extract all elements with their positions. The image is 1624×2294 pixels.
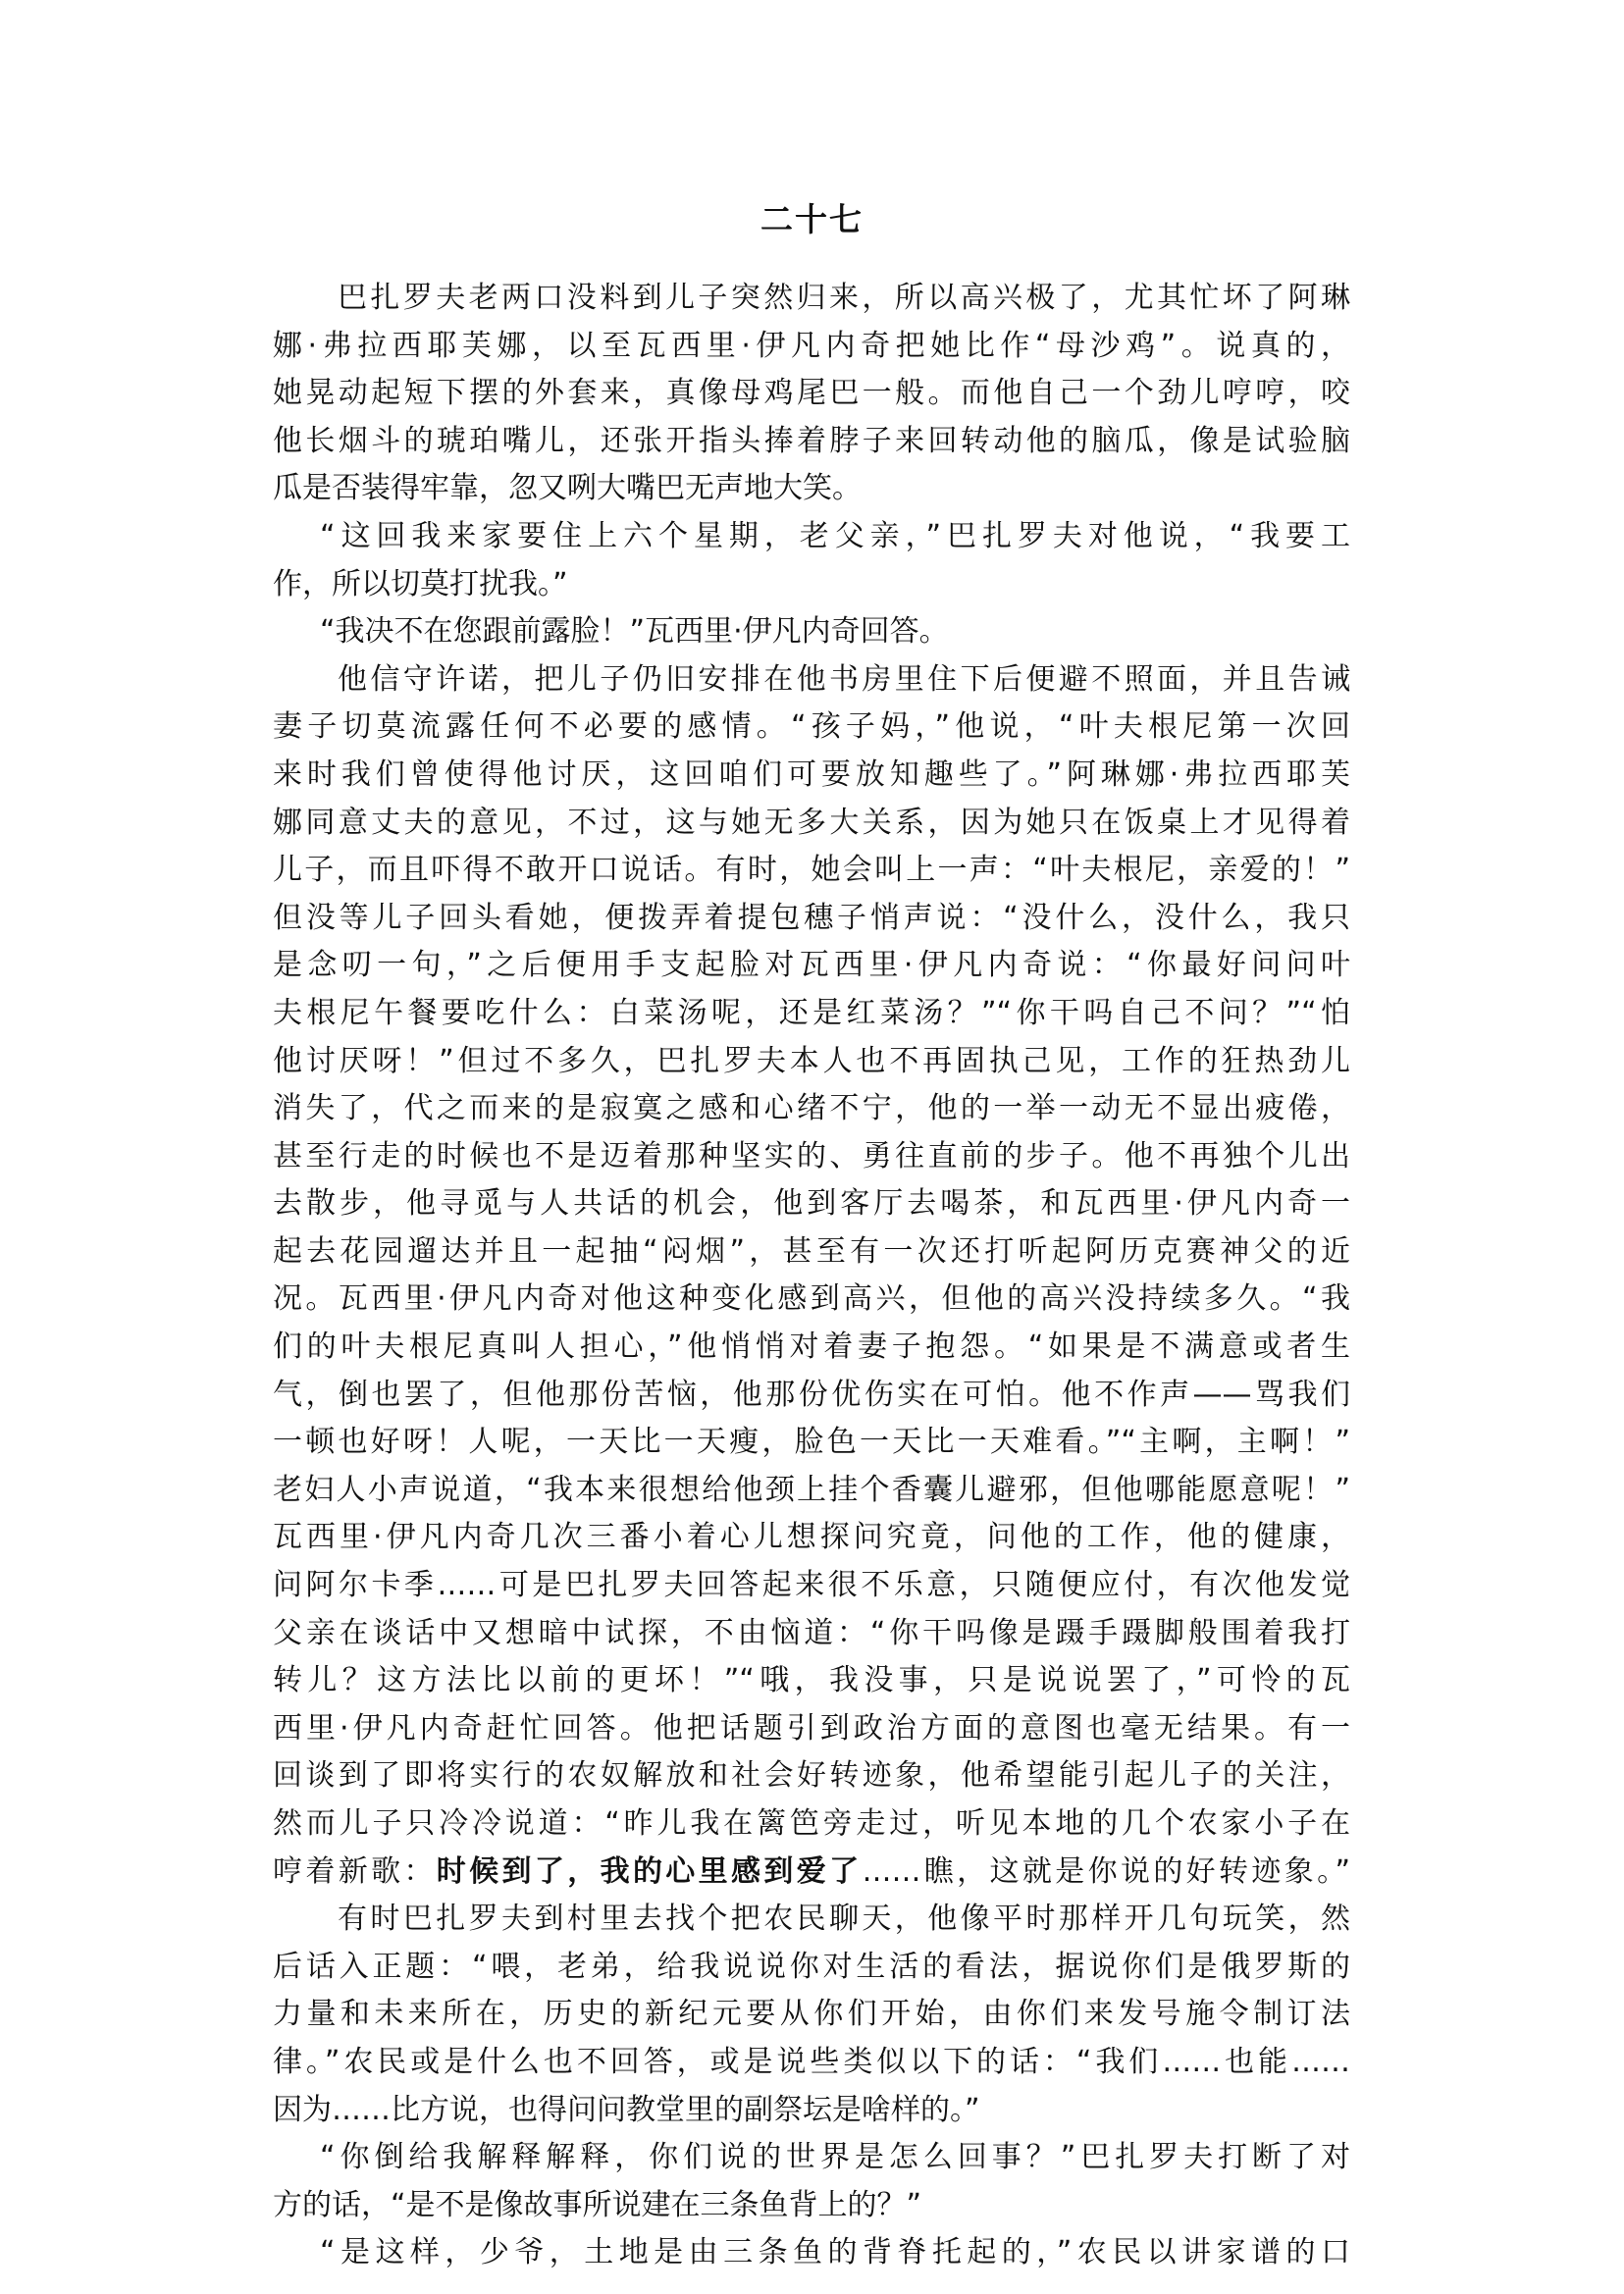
- text-line: 后话入正题：“喂，老弟，给我说说你对生活的看法，据说你们是俄罗斯的: [273, 1944, 1350, 1992]
- text-line: 问阿尔卡季……可是巴扎罗夫回答起来很不乐意，只随便应付，有次他发觉: [273, 1562, 1350, 1610]
- text-line: 儿子，而且吓得不敢开口说话。有时，她会叫上一声：“叶夫根尼，亲爱的！”: [273, 847, 1350, 895]
- text-line: 夫根尼午餐要吃什么：白菜汤呢，还是红菜汤？”“你干吗自己不问？”“怕: [273, 990, 1350, 1038]
- text-line: 瓜是否装得牢靠，忽又咧大嘴巴无声地大笑。: [273, 465, 1350, 513]
- text-line: 瓦西里·伊凡内奇几次三番小着心儿想探问究竟，问他的工作，他的健康，: [273, 1514, 1350, 1562]
- text-line: “是这样，少爷，土地是由三条鱼的背脊托起的，”农民以讲家谱的口: [273, 2229, 1350, 2277]
- text-line: 父亲在谈话中又想暗中试探，不由恼道：“你干吗像是蹑手蹑脚般围着我打: [273, 1610, 1350, 1658]
- text-segment: 哼着新歌：: [273, 1854, 437, 1889]
- text-line: 因为……比方说，也得问问教堂里的副祭坛是啥样的。”: [273, 2087, 1350, 2135]
- text-segment: ……瞧，这就是你说的好转迹象。”: [862, 1854, 1350, 1889]
- text-line: 甚至行走的时候也不是迈着那种坚实的、勇往直前的步子。他不再独个儿出: [273, 1133, 1350, 1181]
- song-lyric: 时候到了，我的心里感到爱了: [437, 1854, 863, 1889]
- text-line: 娜同意丈夫的意见，不过，这与她无多大关系，因为她只在饭桌上才见得着: [273, 800, 1350, 848]
- text-line: “这回我来家要住上六个星期，老父亲，”巴扎罗夫对他说，“我要工: [273, 513, 1350, 561]
- text-line: 况。瓦西里·伊凡内奇对他这种变化感到高兴，但他的高兴没持续多久。“我: [273, 1276, 1350, 1324]
- text-line: 去散步，他寻觅与人共话的机会，他到客厅去喝茶，和瓦西里·伊凡内奇一: [273, 1180, 1350, 1228]
- text-line: 西里·伊凡内奇赶忙回答。他把话题引到政治方面的意图也毫无结果。有一: [273, 1705, 1350, 1753]
- text-line: 气，倒也罢了，但他那份苦恼，他那份优伤实在可怕。他不作声——骂我们: [273, 1372, 1350, 1420]
- text-line: 她晃动起短下摆的外套来，真像母鸡尾巴一般。而他自己一个劲儿哼哼，咬: [273, 370, 1350, 418]
- text-line-with-song: 哼着新歌：时候到了，我的心里感到爱了……瞧，这就是你说的好转迹象。”: [273, 1849, 1350, 1897]
- text-line: 他讨厌呀！”但过不多久，巴扎罗夫本人也不再固执己见，工作的狂热劲儿: [273, 1038, 1350, 1086]
- text-line: 他信守许诺，把儿子仍旧安排在他书房里住下后便避不照面，并且告诫: [273, 656, 1350, 704]
- text-line: 一顿也好呀！人呢，一天比一天瘦，脸色一天比一天难看。”“主啊，主啊！”: [273, 1419, 1350, 1467]
- text-line: 消失了，代之而来的是寂寞之感和心绪不宁，他的一举一动无不显出疲倦，: [273, 1085, 1350, 1133]
- text-line: 然而儿子只冷冷说道：“昨儿我在篱笆旁走过，听见本地的几个农家小子在: [273, 1800, 1350, 1849]
- text-line: 他长烟斗的琥珀嘴儿，还张开指头捧着脖子来回转动他的脑瓜，像是试验脑: [273, 418, 1350, 466]
- text-line: 律。”农民或是什么也不回答，或是说些类似以下的话：“我们……也能……: [273, 2039, 1350, 2087]
- text-line: 是念叨一句，”之后便用手支起脸对瓦西里·伊凡内奇说：“你最好问问叶: [273, 942, 1350, 990]
- text-line: “你倒给我解释解释，你们说的世界是怎么回事？”巴扎罗夫打断了对: [273, 2134, 1350, 2182]
- text-line: “我决不在您跟前露脸！”瓦西里·伊凡内奇回答。: [273, 608, 1350, 656]
- text-line: 回谈到了即将实行的农奴解放和社会好转迹象，他希望能引起儿子的关注，: [273, 1752, 1350, 1800]
- text-line: 们的叶夫根尼真叫人担心，”他悄悄对着妻子抱怨。“如果是不满意或者生: [273, 1324, 1350, 1372]
- document-page: 二十七 巴扎罗夫老两口没料到儿子突然归来，所以高兴极了，尤其忙坏了阿琳 娜·弗拉…: [0, 0, 1624, 2294]
- text-line: 巴扎罗夫老两口没料到儿子突然归来，所以高兴极了，尤其忙坏了阿琳: [273, 275, 1350, 323]
- text-line: 方的话，“是不是像故事所说建在三条鱼背上的？”: [273, 2182, 1350, 2230]
- text-line: 力量和未来所在，历史的新纪元要从你们开始，由你们来发号施令制订法: [273, 1991, 1350, 2039]
- chapter-title: 二十七: [0, 200, 1624, 239]
- text-line: 转儿？这方法比以前的更坏！”“哦，我没事，只是说说罢了，”可怜的瓦: [273, 1657, 1350, 1705]
- text-line: 老妇人小声说道，“我本来很想给他颈上挂个香囊儿避邪，但他哪能愿意呢！”: [273, 1467, 1350, 1515]
- body-text: 巴扎罗夫老两口没料到儿子突然归来，所以高兴极了，尤其忙坏了阿琳 娜·弗拉西耶芙娜…: [273, 275, 1350, 2277]
- text-line: 有时巴扎罗夫到村里去找个把农民聊天，他像平时那样开几句玩笑，然: [273, 1896, 1350, 1944]
- text-line: 妻子切莫流露任何不必要的感情。“孩子妈，”他说，“叶夫根尼第一次回: [273, 704, 1350, 752]
- text-line: 来时我们曾使得他讨厌，这回咱们可要放知趣些了。”阿琳娜·弗拉西耶芙: [273, 752, 1350, 800]
- text-line: 起去花园遛达并且一起抽“闷烟”，甚至有一次还打听起阿历克赛神父的近: [273, 1228, 1350, 1277]
- text-line: 作，所以切莫打扰我。”: [273, 561, 1350, 609]
- text-line: 娜·弗拉西耶芙娜，以至瓦西里·伊凡内奇把她比作“母沙鸡”。说真的，: [273, 323, 1350, 371]
- text-line: 但没等儿子回头看她，便拨弄着提包穗子悄声说：“没什么，没什么，我只: [273, 895, 1350, 943]
